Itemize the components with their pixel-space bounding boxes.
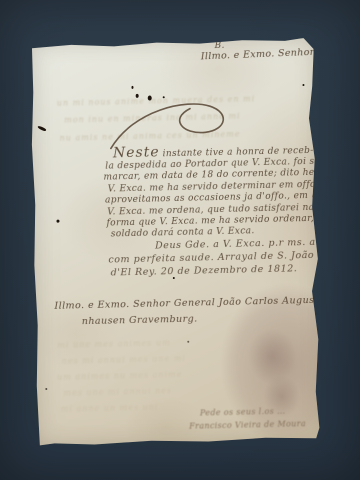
bleedthrough-line: um animes nu mes anime [57,370,183,382]
ink-speck [131,86,133,89]
bleedthrough-line: mi anne un mes uni [61,402,159,413]
ink-speck [45,388,47,390]
ink-blot [148,96,152,101]
ink-speck [302,84,304,86]
ink-speck [56,220,59,223]
addressee-line-1: Illmo. e Exmo. Senhor General João Carlo… [54,295,360,312]
signature-line-2: Francisco Vieira de Moura [189,420,306,431]
ink-speck [187,341,189,343]
ink-speck [163,96,165,98]
ink-speck [173,277,175,279]
body-line-8: soldado dará conta a V. Exca. [111,227,255,239]
bleedthrough-line: nes mi annui mes une mi [62,354,186,366]
addressee-line-2: nhausen Gravemburg. [82,315,198,327]
photograph-of-manuscript: un mi nous anime mon muera des en mi mon… [0,0,360,480]
ink-dash [37,125,46,132]
dateline: d'El Rey. 20 de Dezembro de 1812. [111,264,298,278]
opening-word: Neste [113,144,160,161]
bleedthrough-line: mi une mes animes um [57,338,171,350]
signature-line-1: Pede os seus l.os … [200,408,286,418]
bleedthrough-line: mes une mi annui nes [63,386,172,397]
manuscript-paper-sheet: un mi nous anime mon muera des en mi mon… [28,38,322,446]
ink-speck [136,94,139,98]
header-salutation: Illmo. e Exmo. Senhor [201,48,315,62]
